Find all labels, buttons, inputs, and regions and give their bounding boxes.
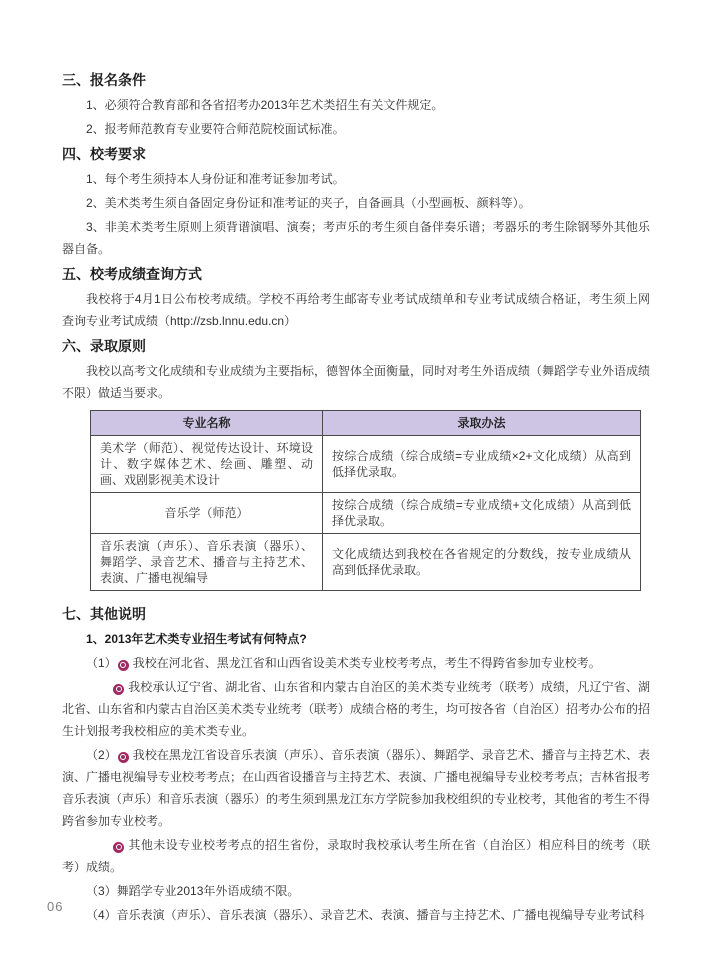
bullet-icon — [113, 684, 124, 695]
point-1-bullet-paragraph: 我校承认辽宁省、湖北省、山东省和内蒙古自治区的美术类专业统考（联考）成绩，凡辽宁… — [62, 676, 650, 742]
point-label: （2） — [86, 748, 117, 762]
score-query-paragraph: 我校将于4月1日公布校考成绩。学校不再给考生邮寄专业考试成绩单和专业考试成绩合格… — [62, 288, 650, 332]
major-cell: 美术学（师范）、视觉传达设计、环境设计、数字媒体艺术、绘画、雕塑、动画、戏剧影视… — [91, 436, 323, 493]
paragraph-text: 我校承认辽宁省、湖北省、山东省和内蒙古自治区的美术类专业统考（联考）成绩，凡辽宁… — [62, 680, 650, 738]
method-cell: 文化成绩达到我校在各省规定的分数线，按专业成绩从高到低择优录取。 — [323, 534, 641, 591]
list-item: 1、必须符合教育部和各省招考办2013年艺术类招生有关文件规定。 — [62, 94, 650, 116]
section-3-heading: 三、报名条件 — [62, 69, 650, 91]
page-number: 06 — [47, 896, 63, 918]
section-4-heading: 四、校考要求 — [62, 143, 650, 165]
point-label: （1） — [86, 656, 117, 670]
table-header-row: 专业名称 录取办法 — [91, 411, 641, 436]
paragraph-text: 其他未设专业校考考点的招生省份，录取时我校承认考生所在省（自治区）相应科目的统考… — [62, 838, 650, 874]
bullet-icon — [118, 660, 129, 671]
section-5-heading: 五、校考成绩查询方式 — [62, 263, 650, 285]
paragraph-text: 我校在河北省、黑龙江省和山西省设美术类专业校考考点，考生不得跨省参加专业校考。 — [133, 656, 601, 670]
point-1-paragraph: （1）我校在河北省、黑龙江省和山西省设美术类专业校考考点，考生不得跨省参加专业校… — [62, 652, 650, 674]
point-4-paragraph: （4）音乐表演（声乐）、音乐表演（器乐）、录音艺术、表演、播音与主持艺术、广播电… — [62, 904, 650, 926]
score-query-url[interactable]: http://zsb.lnnu.edu.cn — [170, 314, 284, 328]
paragraph-text: 我校在黑龙江省设音乐表演（声乐）、音乐表演（器乐）、舞蹈学、录音艺术、播音与主持… — [62, 748, 650, 828]
table-header-major: 专业名称 — [91, 411, 323, 436]
paragraph-text: ） — [284, 314, 296, 328]
point-2-bullet-paragraph: 其他未设专业校考考点的招生省份，录取时我校承认考生所在省（自治区）相应科目的统考… — [62, 834, 650, 878]
document-page: 三、报名条件 1、必须符合教育部和各省招考办2013年艺术类招生有关文件规定。 … — [0, 0, 709, 969]
method-cell: 按综合成绩（综合成绩=专业成绩+文化成绩）从高到低择优录取。 — [323, 493, 641, 534]
list-item: 2、美术类考生须自备固定身份证和准考证的夹子，自备画具（小型画板、颜料等）。 — [62, 192, 650, 214]
admission-principle-paragraph: 我校以高考文化成绩和专业成绩为主要指标，德智体全面衡量，同时对考生外语成绩（舞蹈… — [62, 360, 650, 404]
table-row: 音乐表演（声乐）、音乐表演（器乐）、舞蹈学、录音艺术、播音与主持艺术、表演、广播… — [91, 534, 641, 591]
bullet-icon — [118, 752, 129, 763]
section-7-heading: 七、其他说明 — [62, 603, 650, 625]
question-1-heading: 1、2013年艺术类专业招生考试有何特点? — [62, 628, 650, 650]
point-2-paragraph: （2）我校在黑龙江省设音乐表演（声乐）、音乐表演（器乐）、舞蹈学、录音艺术、播音… — [62, 744, 650, 832]
list-item: 2、报考师范教育专业要符合师范院校面试标准。 — [62, 118, 650, 140]
admission-table: 专业名称 录取办法 美术学（师范）、视觉传达设计、环境设计、数字媒体艺术、绘画、… — [90, 410, 641, 591]
table-row: 美术学（师范）、视觉传达设计、环境设计、数字媒体艺术、绘画、雕塑、动画、戏剧影视… — [91, 436, 641, 493]
bullet-icon — [113, 842, 124, 853]
table-row: 音乐学（师范） 按综合成绩（综合成绩=专业成绩+文化成绩）从高到低择优录取。 — [91, 493, 641, 534]
list-item: 3、非美术类考生原则上须背谱演唱、演奏；考声乐的考生须自备伴奏乐谱；考器乐的考生… — [62, 216, 650, 260]
table-header-method: 录取办法 — [323, 411, 641, 436]
section-6-heading: 六、录取原则 — [62, 335, 650, 357]
list-item: 1、每个考生须持本人身份证和准考证参加考试。 — [62, 168, 650, 190]
major-cell: 音乐学（师范） — [91, 493, 323, 534]
major-cell: 音乐表演（声乐）、音乐表演（器乐）、舞蹈学、录音艺术、播音与主持艺术、表演、广播… — [91, 534, 323, 591]
point-3-paragraph: （3）舞蹈学专业2013年外语成绩不限。 — [62, 880, 650, 902]
paragraph-text: 我校将于4月1日公布校考成绩。学校不再给考生邮寄专业考试成绩单和专业考试成绩合格… — [62, 292, 650, 328]
method-cell: 按综合成绩（综合成绩=专业成绩×2+文化成绩）从高到低择优录取。 — [323, 436, 641, 493]
